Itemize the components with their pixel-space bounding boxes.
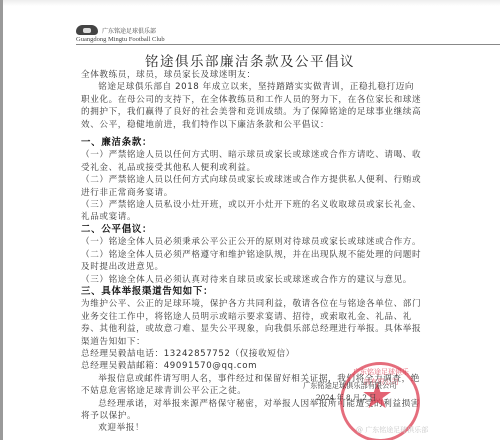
letterhead-divider xyxy=(76,44,500,45)
signature-date: 2024 年 8 月 2 日 xyxy=(316,393,376,403)
signature-org: 广东铭途足球俱乐部有限公司 xyxy=(303,381,396,391)
fairness-item: （一）铭途全体人员必须秉承公平公正公开的原则对待球员或家长或球迷或合作方。 xyxy=(81,236,423,248)
integrity-item: （三）严禁铭途人员私设小灶开班，或以开小灶开下班的名义收取球员或家长礼金、礼品或… xyxy=(81,199,423,224)
club-logo-icon xyxy=(76,25,98,35)
integrity-item: （一）严禁铭途人员以任何方式明、暗示球员或家长或球迷或合作方请吃、请喝、收受礼金… xyxy=(81,149,423,174)
fairness-item: （三）铭途全体人员必须认真对待来自球员或家长或球迷或合作方的建议与意见。 xyxy=(81,274,423,286)
intro-paragraph: 铭途足球俱乐部自 2018 年成立以来，坚持踏踏实实做青训，正稳扎稳打迈向职业化… xyxy=(81,81,423,131)
letterhead-org-cn: 广东铭途足球俱乐部 xyxy=(102,26,156,35)
watermark: @ 广东铭途足球俱乐部 xyxy=(356,425,428,435)
contact-phone: 总经理吴毅喆电话：13242857752（仅接收短信） xyxy=(81,348,423,360)
integrity-item: （二）严禁铭途人员以任何方式向球员或家长或球迷或合作方提供私人便利、行贿或进行非… xyxy=(81,174,423,199)
section-heading-integrity: 一、廉洁条款： xyxy=(81,137,423,149)
fairness-item: （二）铭途全体人员必须严格遵守和维护铭途队规，并在出现队规不能处理的问题时及时提… xyxy=(81,249,423,274)
letterhead-org-en: Guangdong Mingtu Football Club xyxy=(76,36,165,43)
document-title: 铭途俱乐部廉洁条款及公平倡议 xyxy=(0,50,500,70)
section-heading-fairness: 二、公平倡议： xyxy=(81,224,423,236)
reporting-paragraph: 为维护公平、公正的足球环境，保护各方共同利益，敬请各位在与铭途各单位、部门业务交… xyxy=(81,298,423,348)
scan-top-shade xyxy=(0,0,500,6)
salutation: 全体教练员，球员，球员家长及球迷明友： xyxy=(81,69,423,81)
section-heading-reporting: 三、具体举报渠道告知如下： xyxy=(81,286,423,298)
